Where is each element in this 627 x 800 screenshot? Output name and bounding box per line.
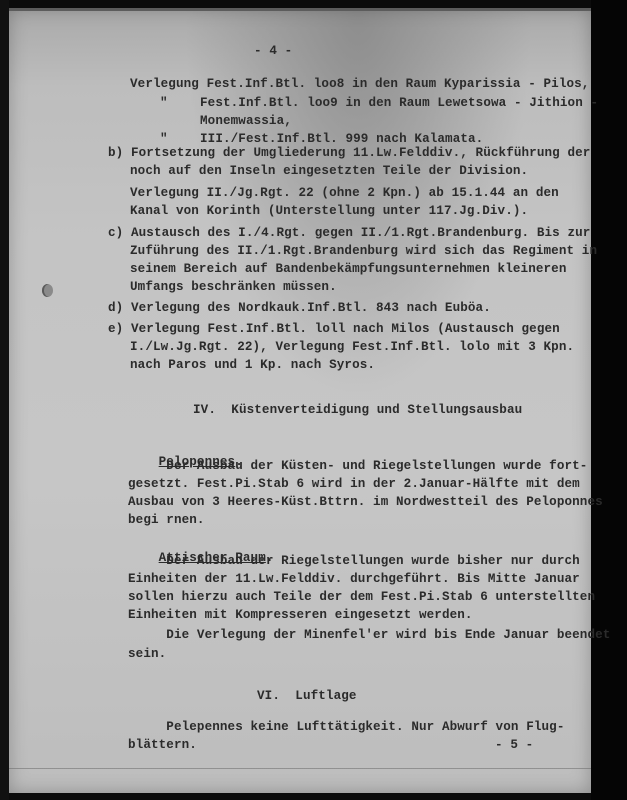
paragraph-line: begi rnen.	[128, 511, 205, 530]
page-number-bottom: - 5 -	[495, 736, 533, 755]
section-heading-vi: VI. Luftlage	[257, 687, 357, 706]
paragraph-line: seinem Bereich auf Bandenbekämpfungsunte…	[130, 260, 566, 279]
paragraph-line: Pelepennes keine Lufttätigkeit. Nur Abwu…	[128, 718, 564, 737]
scan-right-border	[591, 0, 627, 800]
paragraph-line: Monemwassia,	[200, 112, 292, 131]
paragraph-line: gesetzt. Fest.Pi.Stab 6 wird in der 2.Ja…	[128, 475, 580, 494]
list-item-b: b) Fortsetzung der Umgliederung 11.Lw.Fe…	[108, 144, 590, 163]
paragraph-line: Kanal von Korinth (Unterstellung unter 1…	[130, 202, 528, 221]
scan-left-border	[0, 0, 9, 800]
paragraph-line: Verlegung II./Jg.Rgt. 22 (ohne 2 Kpn.) a…	[130, 184, 559, 203]
paragraph-line: blättern.	[128, 736, 197, 755]
paragraph-line: I./Lw.Jg.Rgt. 22), Verlegung Fest.Inf.Bt…	[130, 338, 574, 357]
paragraph-line: sein.	[128, 645, 166, 664]
ditto-mark: "	[160, 94, 168, 113]
paragraph-line: Einheiten mit Kompresseren eingesetzt we…	[128, 606, 473, 625]
paragraph-line: Der Ausbau der Riegelstellungen wurde bi…	[128, 552, 580, 571]
paragraph-line: Fest.Inf.Btl. loo9 in den Raum Lewetsowa…	[200, 94, 598, 113]
list-item-e: e) Verlegung Fest.Inf.Btl. loll nach Mil…	[108, 320, 560, 339]
paragraph-line: Zuführung des II./1.Rgt.Brandenburg wird…	[130, 242, 597, 261]
punch-hole-icon	[42, 284, 53, 297]
scan-frame: - 4 - Verlegung Fest.Inf.Btl. loo8 in de…	[0, 0, 627, 800]
paragraph-line: Einheiten der 11.Lw.Felddiv. durchgeführ…	[128, 570, 580, 589]
list-item-c: c) Austausch des I./4.Rgt. gegen II./1.R…	[108, 224, 590, 243]
paragraph-line: Der Ausbau der Küsten- und Riegelstellun…	[128, 457, 587, 476]
page-number-top: - 4 -	[254, 42, 292, 61]
paragraph-line: noch auf den Inseln eingesetzten Teile d…	[130, 162, 528, 181]
list-item-d: d) Verlegung des Nordkauk.Inf.Btl. 843 n…	[108, 299, 491, 318]
section-heading-iv: IV. Küstenverteidigung und Stellungsausb…	[193, 401, 522, 420]
paragraph-line: Verlegung Fest.Inf.Btl. loo8 in den Raum…	[130, 75, 589, 94]
paragraph-line: sollen hierzu auch Teile der dem Fest.Pi…	[128, 588, 595, 607]
paragraph-line: Umfangs beschränken müssen.	[130, 278, 337, 297]
paragraph-line: nach Paros und 1 Kp. nach Syros.	[130, 356, 375, 375]
paragraph-line: Ausbau von 3 Heeres-Küst.Bttrn. im Nordw…	[128, 493, 603, 512]
paragraph-line: Die Verlegung der Minenfel'er wird bis E…	[128, 626, 610, 645]
